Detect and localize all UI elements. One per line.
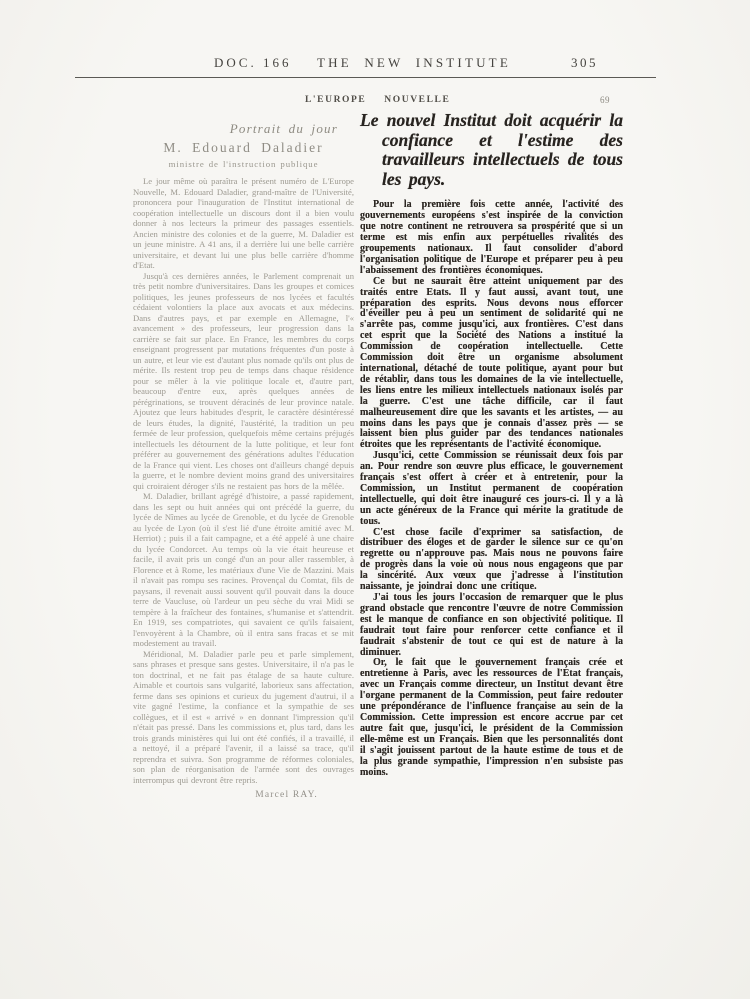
right-column-article: Le nouvel Institut doit acquérir la conf… (360, 111, 623, 778)
left-column-portrait: Portrait du jour M. Edouard Daladier min… (133, 121, 354, 800)
paragraph: C'est chose facile d'exprimer sa satisfa… (360, 528, 623, 593)
paragraph: Or, le fait que le gouvernement français… (360, 658, 623, 778)
article-body: Pour la première fois cette année, l'act… (360, 200, 623, 778)
paragraph: Le jour même où paraîtra le présent numé… (133, 176, 354, 271)
book-page-number: 305 (571, 55, 598, 71)
paragraph: Méridional, M. Daladier parle peu et par… (133, 649, 354, 786)
newspaper-masthead: L'EUROPE NOUVELLE (305, 95, 450, 105)
kicker: Portrait du jour (133, 121, 354, 137)
author-signature: Marcel RAY. (133, 790, 354, 800)
header-rule-divider (75, 77, 656, 78)
paragraph: Jusqu'ici, cette Commission se réunissai… (360, 451, 623, 527)
paragraph: Pour la première fois cette année, l'act… (360, 200, 623, 276)
newspaper-page-number: 69 (600, 95, 610, 105)
doc-label: DOC. 166 (214, 55, 291, 71)
scanned-book-page: DOC. 166 THE NEW INSTITUTE 305 L'EUROPE … (0, 0, 750, 999)
paragraph: M. Daladier, brillant agrégé d'histoire,… (133, 491, 354, 649)
portrait-title: M. Edouard Daladier (133, 140, 354, 156)
portrait-subtitle: ministre de l'instruction publique (133, 159, 354, 169)
paragraph: Jusqu'à ces dernières années, le Parleme… (133, 271, 354, 492)
running-title: THE NEW INSTITUTE (317, 55, 511, 71)
paragraph: Ce but ne saurait être atteint uniquemen… (360, 277, 623, 452)
paragraph: J'ai tous les jours l'occasion de remarq… (360, 593, 623, 658)
portrait-article-body: Le jour même où paraîtra le présent numé… (133, 176, 354, 785)
article-headline: Le nouvel Institut doit acquérir la conf… (360, 111, 623, 189)
